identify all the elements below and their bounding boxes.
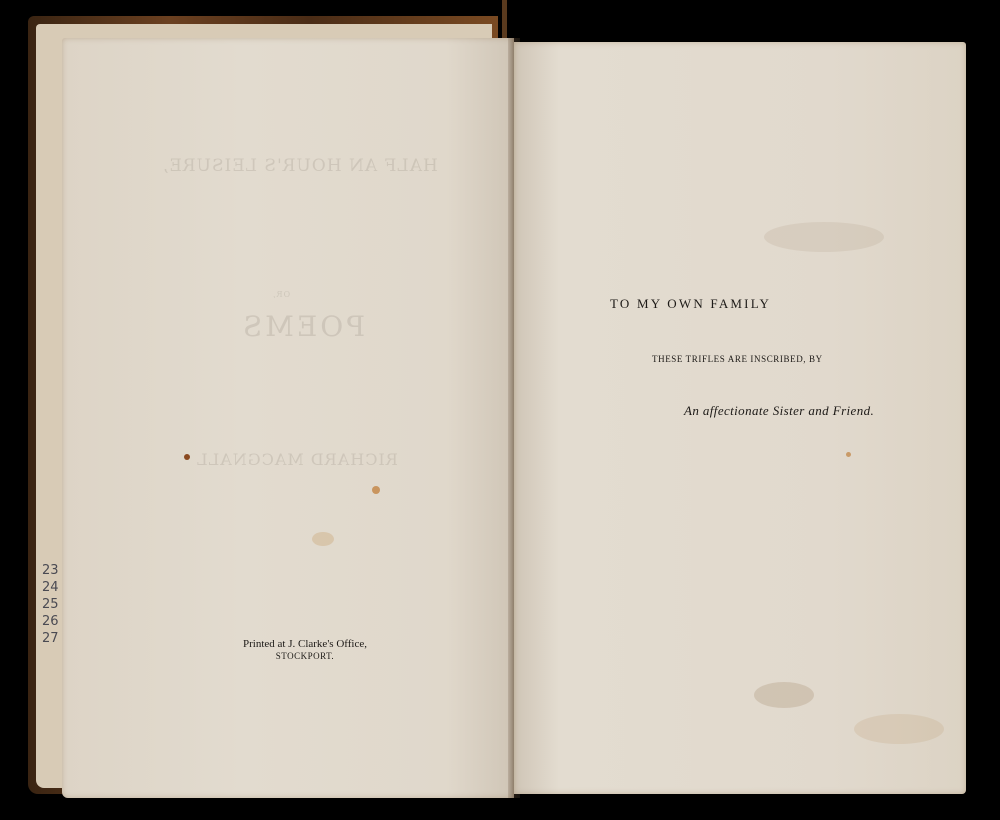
paper-stain [754,682,814,708]
imprint-place: STOCKPORT. [243,650,367,662]
handwritten-number: 23 [42,562,66,579]
dedication-title: TO MY OWN FAMILY [610,296,771,312]
handwritten-number: 25 [42,596,66,613]
handwritten-number: 26 [42,613,66,630]
show-through-or: OR, [272,290,290,299]
paper-stain [854,714,944,744]
foxing-spot [372,486,380,494]
paper-stain [764,222,884,252]
foxing-spot [184,454,190,460]
handwritten-number: 24 [42,579,66,596]
imprint-line: Printed at J. Clarke's Office, [243,638,367,650]
handwritten-page-numbers: 23 24 25 26 27 [42,562,66,647]
left-page: HALF AN HOUR'S LEISURE, OR, POEMS RICHAR… [62,38,514,798]
handwritten-number: 27 [42,630,66,647]
show-through-author: RICHARD MACGNALL [196,450,398,469]
show-through-poems: POEMS [240,310,365,343]
dedication-line: THESE TRIFLES ARE INSCRIBED, BY [652,354,823,364]
foxing-spot [312,532,334,546]
printer-imprint: Printed at J. Clarke's Office, STOCKPORT… [243,638,367,662]
show-through-title: HALF AN HOUR'S LEISURE, [162,156,438,176]
dedication-signature: An affectionate Sister and Friend. [684,403,874,419]
foxing-spot [846,452,851,457]
